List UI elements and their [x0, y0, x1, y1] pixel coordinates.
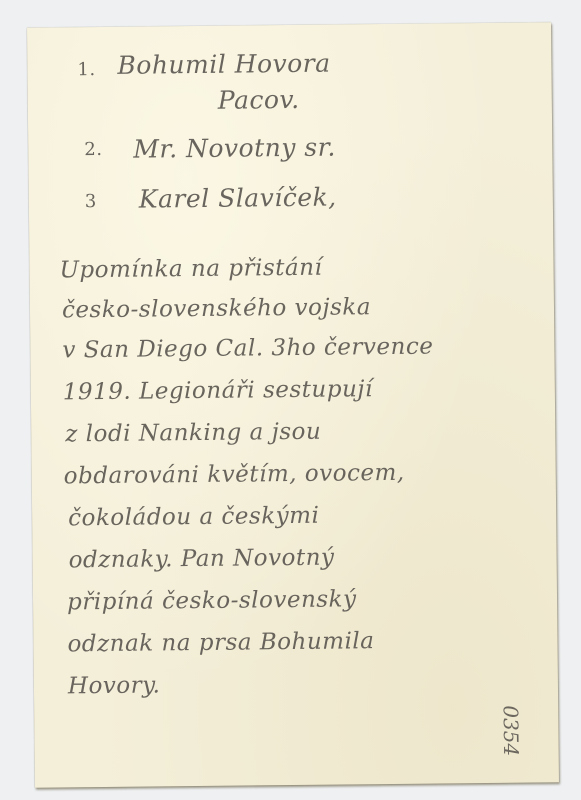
list-number-1: 1.: [77, 59, 95, 80]
caption-line: připíná česko-slovenský: [67, 586, 357, 615]
caption-text: Upomínka na přistání česko-slovenského v…: [27, 22, 551, 27]
caption-line: čokoládou a českými: [68, 503, 319, 532]
list-name-1: Bohumil Hovora: [117, 49, 330, 80]
list-number-2: 2.: [84, 139, 102, 160]
caption-line: odznak na prsa Bohumila: [67, 628, 374, 657]
caption-line: Hovory.: [68, 672, 161, 699]
list-number-3: 3: [85, 191, 97, 212]
caption-line: obdarováni květím, ovocem,: [64, 460, 405, 490]
caption-line: z lodi Nanking a jsou: [65, 419, 321, 448]
caption-line: česko-slovenského vojska: [62, 294, 371, 323]
list-subline-1: Pacov.: [218, 85, 300, 115]
list-name-3: Karel Slavíček,: [139, 183, 337, 214]
archive-number: 0354: [499, 705, 524, 756]
document-page: 1. Bohumil Hovora Pacov. 2. Mr. Novotny …: [27, 22, 559, 787]
caption-line: 1919. Legionáři sestupují: [63, 376, 373, 405]
caption-line: odznaky. Pan Novotný: [68, 545, 334, 574]
caption-line: Upomínka na přistání: [59, 255, 322, 284]
caption-line: v San Diego Cal. 3ho července: [62, 334, 433, 364]
list-name-2: Mr. Novotny sr.: [133, 133, 336, 164]
